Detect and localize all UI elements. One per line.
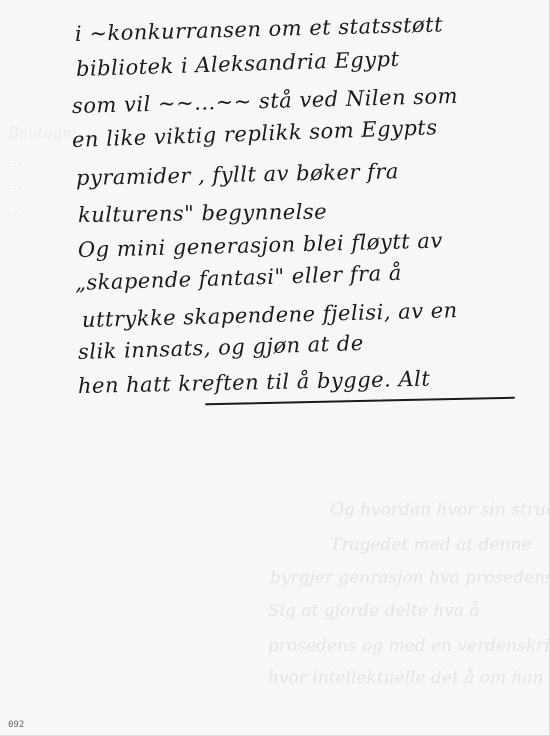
bleed-through-line: Sig at gjorde delte hva å [268, 601, 480, 621]
bleed-through-line: Og hvordan hvor sin strue [330, 500, 550, 520]
manuscript-line-2: bibliotek i Aleksandria Egypt [76, 47, 400, 81]
bleed-through-line: byrgjer genrasjon hva prosedens [270, 568, 550, 588]
manuscript-page: Bautagni…......... Og hvordan hvor sin s… [0, 0, 550, 736]
bleed-through-line: Tragedet med at denne [330, 535, 531, 555]
manuscript-line-6: kulturens" begynnelse [78, 200, 327, 227]
bleed-through-line: hvor intellektuelle det å om han [268, 668, 544, 688]
manuscript-line-5: pyramider , fyllt av bøker fra [76, 159, 399, 190]
manuscript-line-3: som vil ~~...~~ stå ved Nilen som [72, 84, 459, 118]
manuscript-line-4: en like viktig replikk som Egypts [72, 115, 438, 152]
manuscript-line-10: slik innsats, og gjøn at de [78, 331, 364, 364]
manuscript-line-9: uttrykke skapendene fjelisi, av en [82, 298, 458, 332]
manuscript-line-1: i ~konkurransen om et statsstøtt [75, 12, 444, 46]
page-number: 092 [8, 720, 24, 730]
bleed-through-line: prosedens og med en verdenskrisjonlig [268, 636, 550, 656]
underline [205, 397, 515, 405]
manuscript-line-11: hen hatt kreften til å bygge. Alt [78, 367, 431, 398]
manuscript-line-8: „skapende fantasi" eller fra å [75, 261, 403, 295]
manuscript-line-7: Og mini generasjon blei fløytt av [78, 228, 443, 262]
